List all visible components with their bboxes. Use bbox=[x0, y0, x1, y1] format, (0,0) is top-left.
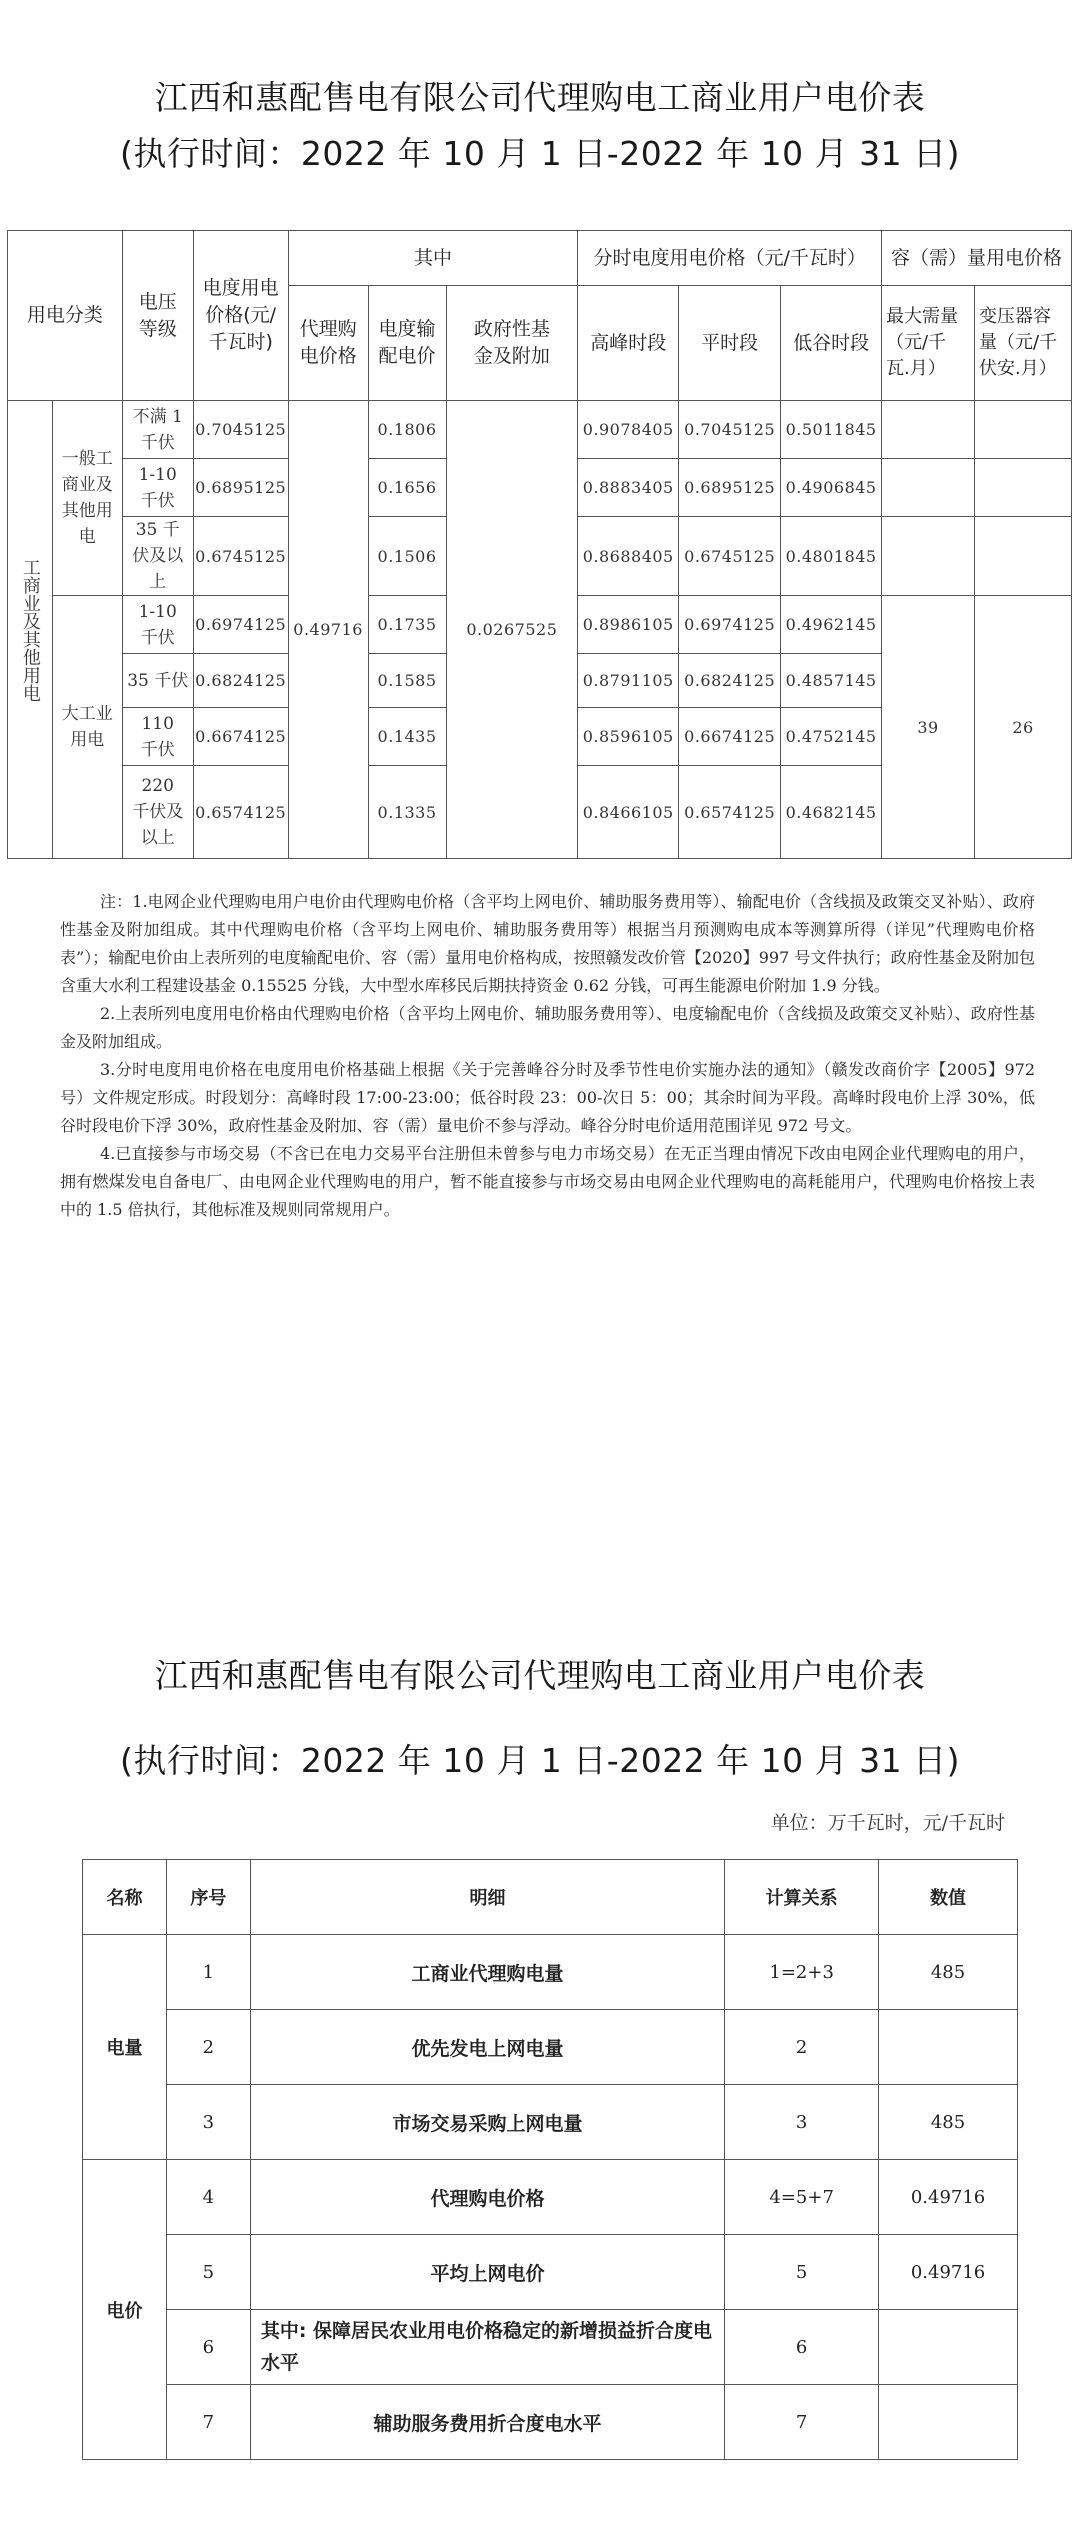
flat-cell: 0.6745125 bbox=[679, 517, 781, 596]
no-cell: 6 bbox=[166, 2310, 250, 2385]
header-category: 用电分类 bbox=[8, 231, 123, 401]
doc2-subtitle: (执行时间：2022 年 10 月 1 日-2022 年 10 月 31 日) bbox=[0, 1735, 1080, 1782]
header-valley: 低谷时段 bbox=[781, 286, 882, 401]
value-cell bbox=[879, 2310, 1018, 2385]
voltage-cell: 35 千伏 bbox=[122, 654, 193, 708]
energy-price-cell: 0.6824125 bbox=[193, 654, 288, 708]
relation-cell: 4=5+7 bbox=[725, 2160, 879, 2235]
detail-cell: 辅助服务费用折合度电水平 bbox=[250, 2385, 724, 2460]
flat-cell: 0.6674125 bbox=[679, 708, 781, 766]
energy-price-cell: 0.6745125 bbox=[193, 517, 288, 596]
note-3: 3.分时电度用电价格在电度用电价格基础上根据《关于完善峰谷分时及季节性电价实施办… bbox=[60, 1056, 1035, 1140]
max-demand-cell bbox=[882, 517, 975, 596]
detail-cell: 代理购电价格 bbox=[250, 2160, 724, 2235]
group-name: 大工业用电 bbox=[52, 596, 122, 859]
value-cell bbox=[879, 2010, 1018, 2085]
no-cell: 7 bbox=[166, 2385, 250, 2460]
detail-cell: 平均上网电价 bbox=[250, 2235, 724, 2310]
header-transmission-price: 电度输配电价 bbox=[368, 286, 446, 401]
detail-cell: 工商业代理购电量 bbox=[250, 1935, 724, 2010]
energy-price-cell: 0.6974125 bbox=[193, 596, 288, 654]
header-voltage: 电压等级 bbox=[122, 231, 193, 401]
header-transformer-capacity: 变压器容量（元/千伏安.月） bbox=[975, 286, 1072, 401]
header-detail: 明细 bbox=[250, 1860, 724, 1935]
summary-table: 名称 序号 明细 计算关系 数值 电量 1 工商业代理购电量 1=2+3 485… bbox=[82, 1859, 1018, 2460]
header-energy-price: 电度用电价格(元/千瓦时) bbox=[193, 231, 288, 401]
detail-cell: 其中: 保障居民农业用电价格稳定的新增损益折合度电水平 bbox=[250, 2310, 724, 2385]
value-cell: 0.49716 bbox=[879, 2160, 1018, 2235]
flat-cell: 0.6574125 bbox=[679, 766, 781, 859]
peak-cell: 0.8466105 bbox=[578, 766, 679, 859]
valley-cell: 0.4962145 bbox=[781, 596, 882, 654]
header-peak: 高峰时段 bbox=[578, 286, 679, 401]
value-cell: 485 bbox=[879, 2085, 1018, 2160]
relation-cell: 5 bbox=[725, 2235, 879, 2310]
max-demand-cell bbox=[882, 459, 975, 517]
flat-cell: 0.6974125 bbox=[679, 596, 781, 654]
valley-cell: 0.4801845 bbox=[781, 517, 882, 596]
unit-label: 单位：万千瓦时，元/千瓦时 bbox=[771, 1808, 1005, 1835]
peak-cell: 0.8688405 bbox=[578, 517, 679, 596]
valley-cell: 0.4682145 bbox=[781, 766, 882, 859]
no-cell: 1 bbox=[166, 1935, 250, 2010]
flat-cell: 0.7045125 bbox=[679, 401, 781, 459]
table-row: 2 优先发电上网电量 2 bbox=[83, 2010, 1018, 2085]
value-cell: 0.49716 bbox=[879, 2235, 1018, 2310]
peak-cell: 0.8986105 bbox=[578, 596, 679, 654]
note-4: 4.已直接参与市场交易（不含已在电力交易平台注册但未曾参与电力市场交易）在无正当… bbox=[60, 1140, 1035, 1224]
note-1: 注：1.电网企业代理购电用户电价由代理购电价格（含平均上网电价、辅助服务费用等）… bbox=[60, 888, 1035, 1000]
table-row: 6 其中: 保障居民农业用电价格稳定的新增损益折合度电水平 6 bbox=[83, 2310, 1018, 2385]
header-of-which: 其中 bbox=[288, 231, 578, 286]
value-cell bbox=[879, 2385, 1018, 2460]
valley-cell: 0.4752145 bbox=[781, 708, 882, 766]
detail-cell: 优先发电上网电量 bbox=[250, 2010, 724, 2085]
header-capacity-group: 容（需）量用电价格 bbox=[882, 231, 1072, 286]
agent-price-cell: 0.49716 bbox=[288, 401, 368, 859]
voltage-cell: 不满 1 千伏 bbox=[122, 401, 193, 459]
peak-cell: 0.8883405 bbox=[578, 459, 679, 517]
peak-cell: 0.8596105 bbox=[578, 708, 679, 766]
transmission-cell: 0.1435 bbox=[368, 708, 446, 766]
notes: 注：1.电网企业代理购电用户电价由代理购电价格（含平均上网电价、辅助服务费用等）… bbox=[60, 888, 1035, 1224]
transformer-capacity-cell bbox=[975, 401, 1072, 459]
detail-cell: 市场交易采购上网电量 bbox=[250, 2085, 724, 2160]
no-cell: 4 bbox=[166, 2160, 250, 2235]
group-name: 电量 bbox=[83, 1935, 167, 2160]
transmission-cell: 0.1656 bbox=[368, 459, 446, 517]
max-demand-cell bbox=[882, 401, 975, 459]
header-gov-fund: 政府性基金及附加 bbox=[446, 286, 578, 401]
table-row: 工商业及其他用电 一般工商业及其他用电 不满 1 千伏 0.7045125 0.… bbox=[8, 401, 1072, 459]
header-no: 序号 bbox=[166, 1860, 250, 1935]
table-row: 电量 1 工商业代理购电量 1=2+3 485 bbox=[83, 1935, 1018, 2010]
header-relation: 计算关系 bbox=[725, 1860, 879, 1935]
top-category: 工商业及其他用电 bbox=[8, 401, 53, 859]
peak-cell: 0.8791105 bbox=[578, 654, 679, 708]
doc1-subtitle: (执行时间：2022 年 10 月 1 日-2022 年 10 月 31 日) bbox=[0, 128, 1080, 175]
energy-price-cell: 0.7045125 bbox=[193, 401, 288, 459]
relation-cell: 3 bbox=[725, 2085, 879, 2160]
transmission-cell: 0.1335 bbox=[368, 766, 446, 859]
relation-cell: 6 bbox=[725, 2310, 879, 2385]
header-max-demand: 最大需量（元/千瓦.月） bbox=[882, 286, 975, 401]
table-row: 3 市场交易采购上网电量 3 485 bbox=[83, 2085, 1018, 2160]
flat-cell: 0.6895125 bbox=[679, 459, 781, 517]
voltage-cell: 110 千伏 bbox=[122, 708, 193, 766]
energy-price-cell: 0.6574125 bbox=[193, 766, 288, 859]
transmission-cell: 0.1806 bbox=[368, 401, 446, 459]
price-table: 用电分类 电压等级 电度用电价格(元/千瓦时) 其中 分时电度用电价格（元/千瓦… bbox=[7, 230, 1072, 859]
header-name: 名称 bbox=[83, 1860, 167, 1935]
relation-cell: 7 bbox=[725, 2385, 879, 2460]
max-demand-cell: 39 bbox=[882, 596, 975, 859]
no-cell: 2 bbox=[166, 2010, 250, 2085]
transmission-cell: 0.1585 bbox=[368, 654, 446, 708]
header-tou-group: 分时电度用电价格（元/千瓦时） bbox=[578, 231, 882, 286]
table-row: 5 平均上网电价 5 0.49716 bbox=[83, 2235, 1018, 2310]
transformer-capacity-cell bbox=[975, 517, 1072, 596]
voltage-cell: 1-10 千伏 bbox=[122, 459, 193, 517]
energy-price-cell: 0.6674125 bbox=[193, 708, 288, 766]
transmission-cell: 0.1506 bbox=[368, 517, 446, 596]
doc2-title: 江西和惠配售电有限公司代理购电工商业用户电价表 bbox=[0, 1650, 1080, 1697]
group-name: 电价 bbox=[83, 2160, 167, 2460]
gov-fund-cell: 0.0267525 bbox=[446, 401, 578, 859]
transmission-cell: 0.1735 bbox=[368, 596, 446, 654]
peak-cell: 0.9078405 bbox=[578, 401, 679, 459]
no-cell: 3 bbox=[166, 2085, 250, 2160]
table-row: 电价 4 代理购电价格 4=5+7 0.49716 bbox=[83, 2160, 1018, 2235]
energy-price-cell: 0.6895125 bbox=[193, 459, 288, 517]
valley-cell: 0.4906845 bbox=[781, 459, 882, 517]
valley-cell: 0.5011845 bbox=[781, 401, 882, 459]
voltage-cell: 35 千伏及以上 bbox=[122, 517, 193, 596]
value-cell: 485 bbox=[879, 1935, 1018, 2010]
header-agent-price: 代理购电价格 bbox=[288, 286, 368, 401]
transformer-capacity-cell: 26 bbox=[975, 596, 1072, 859]
note-2: 2.上表所列电度用电价格由代理购电价格（含平均上网电价、辅助服务费用等）、电度输… bbox=[60, 1000, 1035, 1056]
voltage-cell: 1-10 千伏 bbox=[122, 596, 193, 654]
doc1-title: 江西和惠配售电有限公司代理购电工商业用户电价表 bbox=[0, 72, 1080, 119]
group-name: 一般工商业及其他用电 bbox=[52, 401, 122, 596]
no-cell: 5 bbox=[166, 2235, 250, 2310]
voltage-cell: 220 千伏及以上 bbox=[122, 766, 193, 859]
header-flat: 平时段 bbox=[679, 286, 781, 401]
header-value: 数值 bbox=[879, 1860, 1018, 1935]
relation-cell: 1=2+3 bbox=[725, 1935, 879, 2010]
flat-cell: 0.6824125 bbox=[679, 654, 781, 708]
relation-cell: 2 bbox=[725, 2010, 879, 2085]
transformer-capacity-cell bbox=[975, 459, 1072, 517]
valley-cell: 0.4857145 bbox=[781, 654, 882, 708]
table-row: 7 辅助服务费用折合度电水平 7 bbox=[83, 2385, 1018, 2460]
